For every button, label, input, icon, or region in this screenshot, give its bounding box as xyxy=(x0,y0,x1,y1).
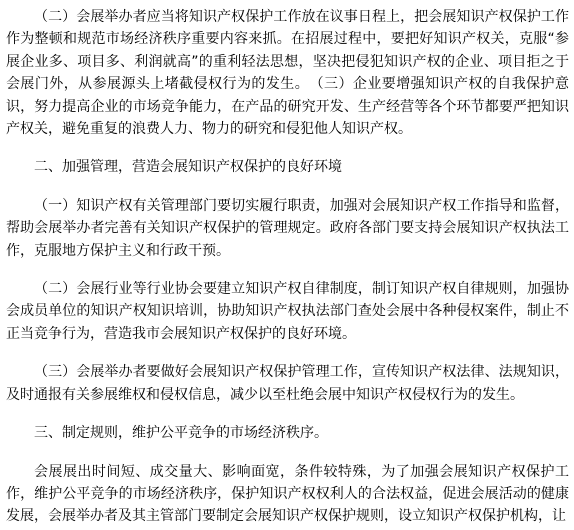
document-page: （二）会展举办者应当将知识产权保护工作放在议事日程上，把会展知识产权保护工作作为… xyxy=(0,0,574,530)
section-heading-3-make-rules: 三、制定规则，维护公平竞争的市场经济秩序。 xyxy=(6,422,569,444)
paragraph-item-3-organizer-management: （三）会展举办者要做好会展知识产权保护管理工作，宣传知识产权法律、法规知识，及时… xyxy=(6,361,569,406)
paragraph-item-exhibition-rules: 会展展出时间短、成交量大、影响面宽，条件较特殊，为了加强会展知识产权保护工作，维… xyxy=(6,461,569,528)
paragraph-item-2-exhibitor-duty: （二）会展举办者应当将知识产权保护工作放在议事日程上，把会展知识产权保护工作作为… xyxy=(6,6,569,140)
paragraph-item-1-ipr-departments: （一）知识产权有关管理部门要切实履行职责，加强对会展知识产权工作指导和监督，帮助… xyxy=(6,195,569,262)
section-heading-2-strengthen-management: 二、加强管理，营造会展知识产权保护的良好环境 xyxy=(6,156,569,178)
paragraph-item-2-industry-associations: （二）会展行业等行业协会要建立知识产权自律制度，制订知识产权自律规则，加强协会成… xyxy=(6,278,569,345)
